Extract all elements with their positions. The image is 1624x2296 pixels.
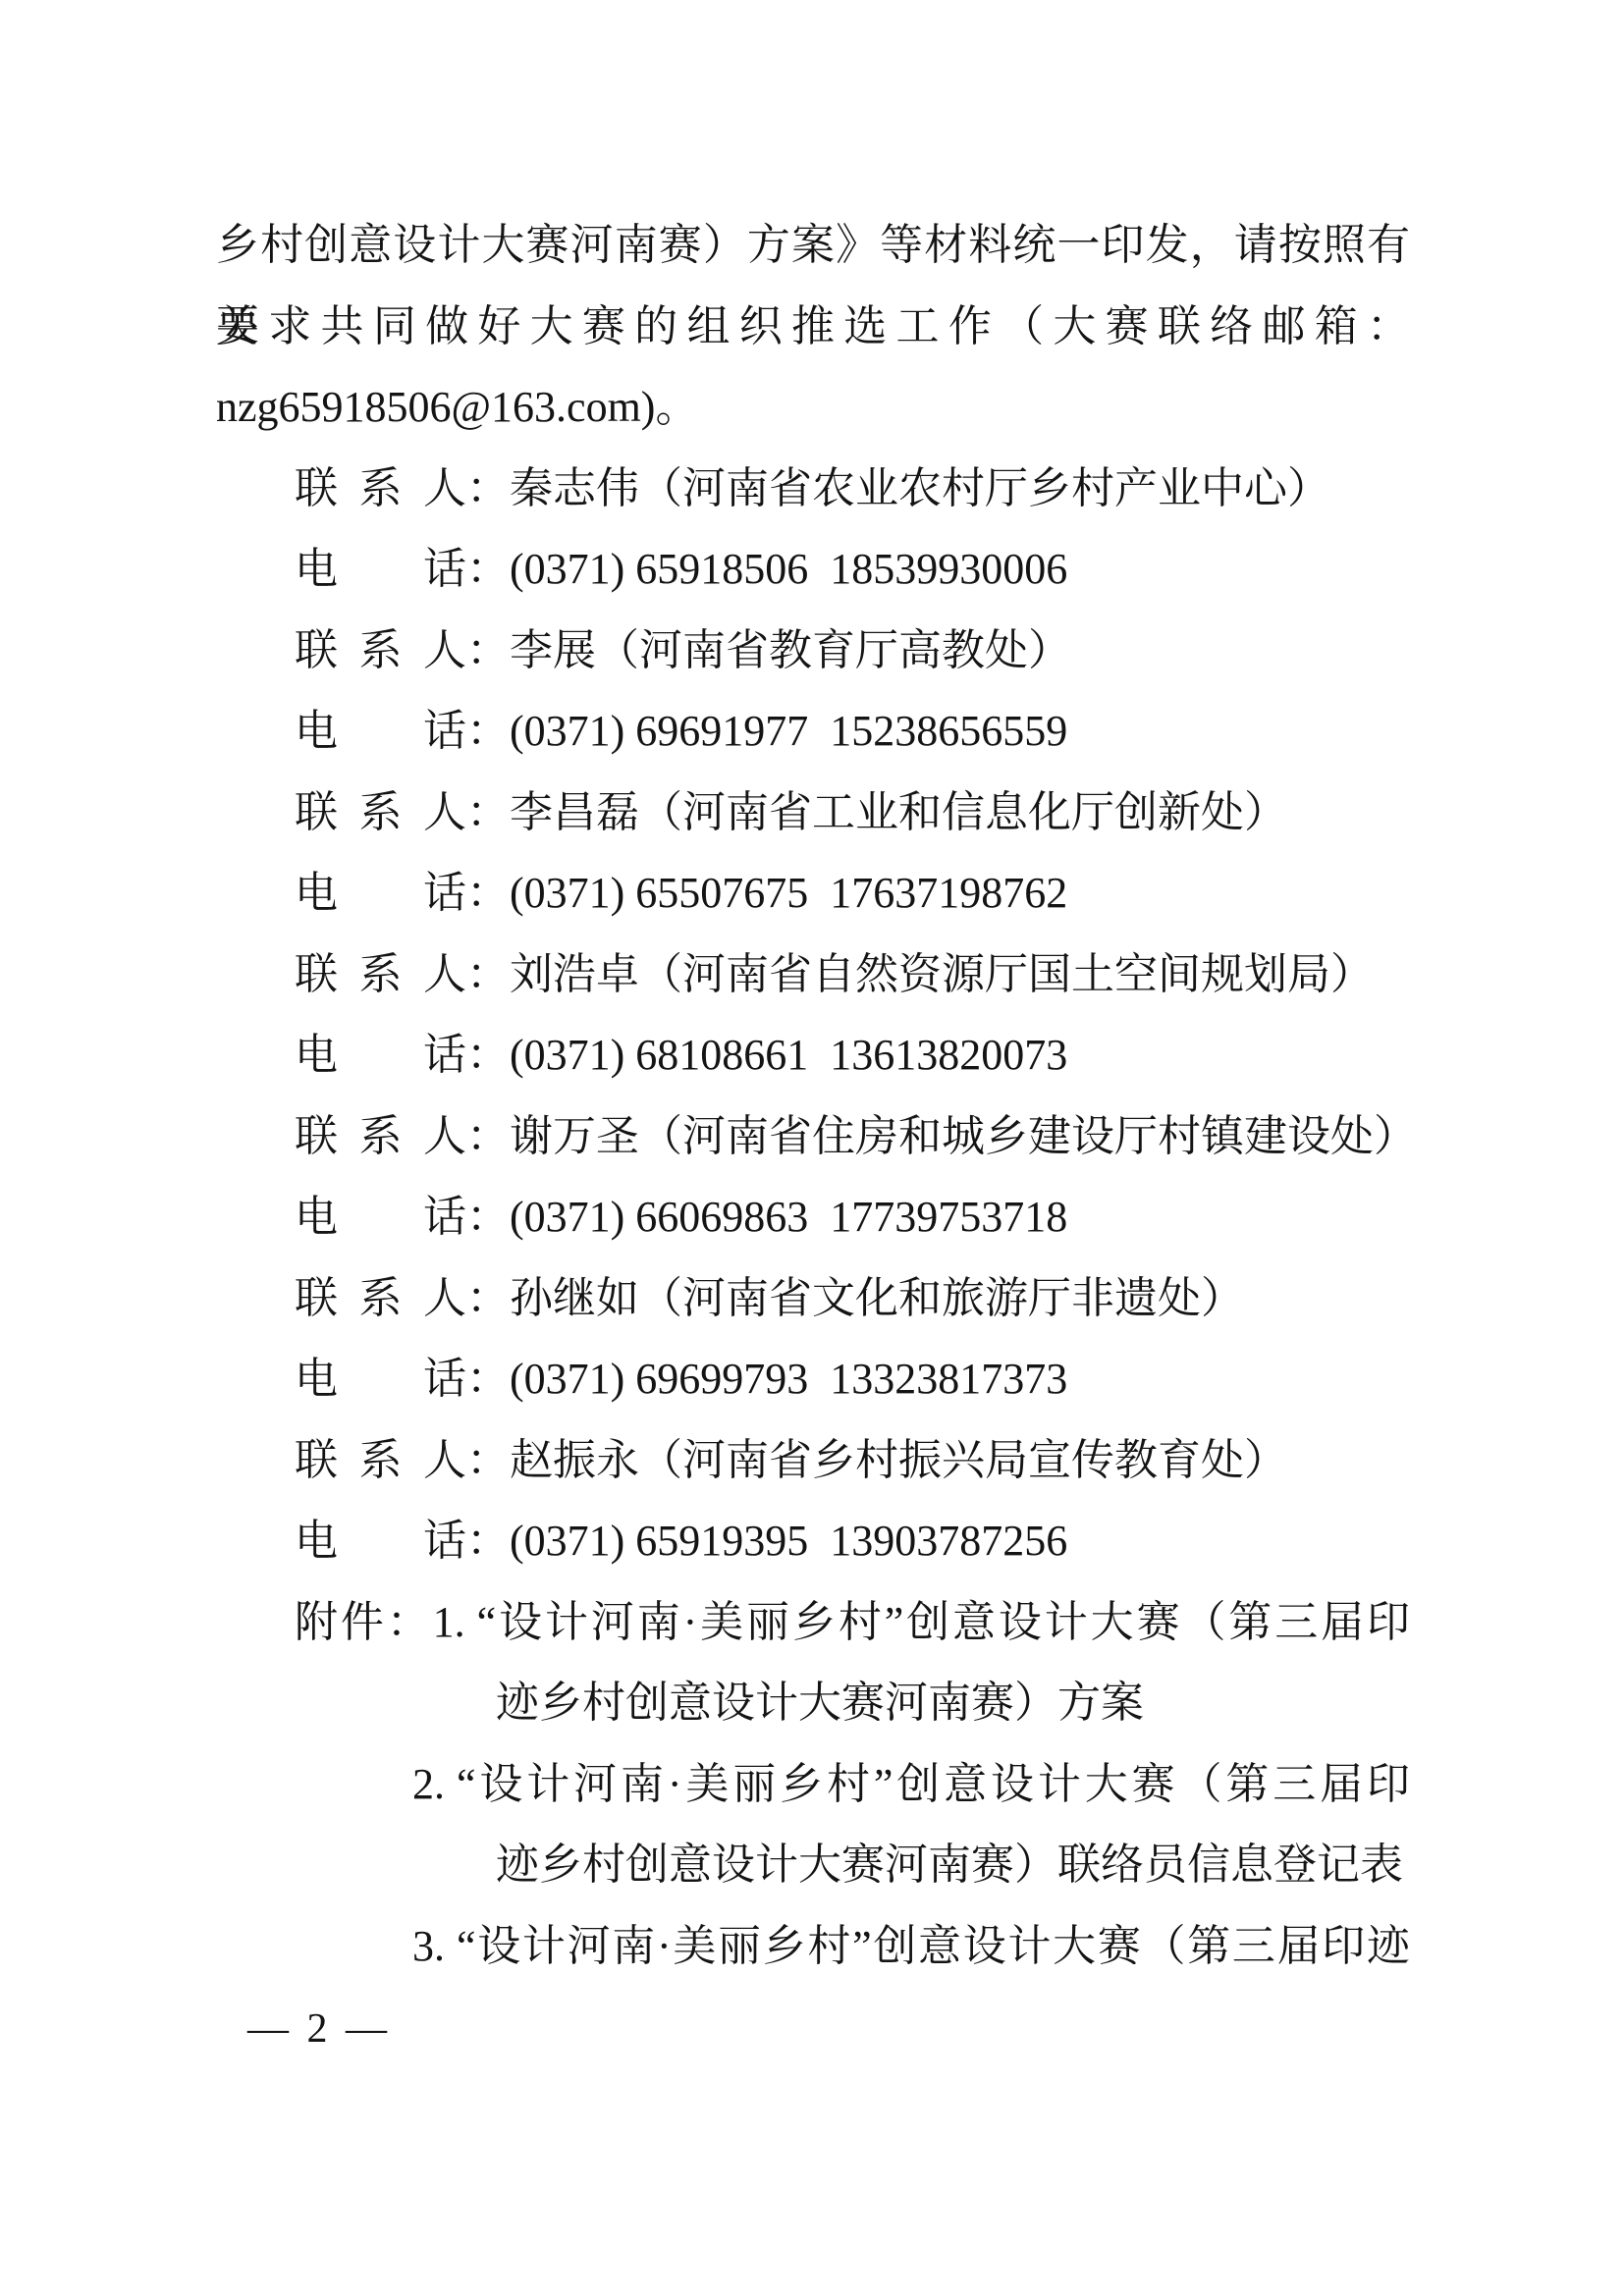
attachment-item-number: 1. (433, 1582, 465, 1664)
contact-label: 联系人 (295, 449, 466, 530)
phone-label: 电话 (295, 691, 466, 773)
colon: ： (466, 626, 510, 674)
attachment-row-2-continuation: 迹乡村创意设计大赛河南赛）联络员信息登记表 (496, 1825, 1410, 1906)
contact-label: 联系人 (295, 934, 466, 1016)
contact-phone-line: 电话：(0371) 66069863 17739753718 (295, 1177, 1410, 1258)
attachment-item-text: “设计河南·美丽乡村”创意设计大赛（第三届印 (457, 1760, 1410, 1808)
phone-label: 电话 (295, 1177, 466, 1258)
colon: ： (466, 1517, 510, 1565)
phone-numbers: (0371) 69699793 13323817373 (510, 1355, 1067, 1403)
phone-label: 电话 (295, 1015, 466, 1096)
contact-name: 谢万圣（河南省住房和城乡建设厅村镇建设处） (510, 1112, 1417, 1160)
contact-phone-line: 电话：(0371) 69699793 13323817373 (295, 1339, 1410, 1420)
colon: ： (466, 1193, 510, 1241)
phone-label: 电话 (295, 1339, 466, 1420)
contact-label: 联系人 (295, 1258, 466, 1340)
colon: ： (466, 707, 510, 755)
attachment-row-1: 附件：1.“设计河南·美丽乡村”创意设计大赛（第三届印 (295, 1582, 1410, 1664)
attachment-item-number: 2. (412, 1744, 445, 1826)
contact-name-line: 联系人：赵振永（河南省乡村振兴局宣传教育处） (295, 1420, 1410, 1502)
paragraph-line-1: 乡村创意设计大赛河南赛）方案》等材料统一印发，请按照有关 (216, 205, 1410, 287)
colon: ： (466, 1436, 510, 1484)
contact-label: 联系人 (295, 611, 466, 692)
contact-name: 李昌磊（河南省工业和信息化厅创新处） (510, 788, 1287, 836)
attachment-row-3: 3.“设计河南·美丽乡村”创意设计大赛（第三届印迹 (412, 1906, 1410, 1988)
contact-label: 联系人 (295, 773, 466, 854)
contact-label: 联系人 (295, 1096, 466, 1178)
phone-numbers: (0371) 68108661 13613820073 (510, 1031, 1067, 1079)
page-content: 乡村创意设计大赛河南赛）方案》等材料统一印发，请按照有关 要求共同做好大赛的组织… (216, 205, 1410, 1987)
phone-numbers: (0371) 65507675 17637198762 (510, 869, 1067, 917)
colon: ： (466, 950, 510, 998)
attachment-row-1-continuation: 迹乡村创意设计大赛河南赛）方案 (496, 1663, 1410, 1744)
contact-phone-line: 电话：(0371) 65919395 13903787256 (295, 1501, 1410, 1582)
phone-numbers: (0371) 65919395 13903787256 (510, 1517, 1067, 1565)
contact-name-line: 联系人：秦志伟（河南省农业农村厅乡村产业中心） (295, 449, 1410, 530)
colon: ： (387, 1598, 433, 1646)
contact-name: 秦志伟（河南省农业农村厅乡村产业中心） (510, 464, 1330, 512)
phone-label: 电话 (295, 1501, 466, 1582)
contact-name: 刘浩卓（河南省自然资源厅国土空间规划局） (510, 950, 1374, 998)
colon: ： (466, 545, 510, 593)
contact-name: 赵振永（河南省乡村振兴局宣传教育处） (510, 1436, 1287, 1484)
paragraph-line-2: 要求共同做好大赛的组织推选工作（大赛联络邮箱： (216, 287, 1410, 368)
phone-numbers: (0371) 69691977 15238656559 (510, 707, 1067, 755)
contact-label: 联系人 (295, 1420, 466, 1502)
paragraph-line-email: nzg65918506@163.com)。 (216, 367, 1410, 449)
attachment-item-text: “设计河南·美丽乡村”创意设计大赛（第三届印 (477, 1598, 1410, 1646)
contact-phone-line: 电话：(0371) 65507675 17637198762 (295, 853, 1410, 934)
phone-numbers: (0371) 65918506 18539930006 (510, 545, 1067, 593)
attachment-item-text: “设计河南·美丽乡村”创意设计大赛（第三届印迹 (457, 1922, 1410, 1970)
contact-phone-line: 电话：(0371) 65918506 18539930006 (295, 529, 1410, 611)
phone-numbers: (0371) 66069863 17739753718 (510, 1193, 1067, 1241)
attachment-item-number: 3. (412, 1906, 445, 1988)
attachment-label: 附件 (295, 1598, 387, 1646)
colon: ： (466, 1112, 510, 1160)
colon: ： (466, 1031, 510, 1079)
contact-name: 李展（河南省教育厅高教处） (510, 626, 1071, 674)
contact-name: 孙继如（河南省文化和旅游厅非遗处） (510, 1274, 1244, 1322)
phone-label: 电话 (295, 853, 466, 934)
colon: ： (466, 869, 510, 917)
page-number-footer: — 2 — (247, 1989, 391, 2069)
document-page: 乡村创意设计大赛河南赛）方案》等材料统一印发，请按照有关 要求共同做好大赛的组织… (0, 0, 1624, 2296)
contact-name-line: 联系人：孙继如（河南省文化和旅游厅非遗处） (295, 1258, 1410, 1340)
colon: ： (466, 1274, 510, 1322)
contact-phone-line: 电话：(0371) 69691977 15238656559 (295, 691, 1410, 773)
contact-name-line: 联系人：李昌磊（河南省工业和信息化厅创新处） (295, 773, 1410, 854)
contact-name-line: 联系人：谢万圣（河南省住房和城乡建设厅村镇建设处） (295, 1096, 1410, 1178)
colon: ： (466, 788, 510, 836)
contact-name-line: 联系人：刘浩卓（河南省自然资源厅国土空间规划局） (295, 934, 1410, 1016)
contact-phone-line: 电话：(0371) 68108661 13613820073 (295, 1015, 1410, 1096)
contact-name-line: 联系人：李展（河南省教育厅高教处） (295, 611, 1410, 692)
colon: ： (466, 1355, 510, 1403)
colon: ： (466, 464, 510, 512)
attachment-row-2: 2.“设计河南·美丽乡村”创意设计大赛（第三届印 (412, 1744, 1410, 1826)
phone-label: 电话 (295, 529, 466, 611)
